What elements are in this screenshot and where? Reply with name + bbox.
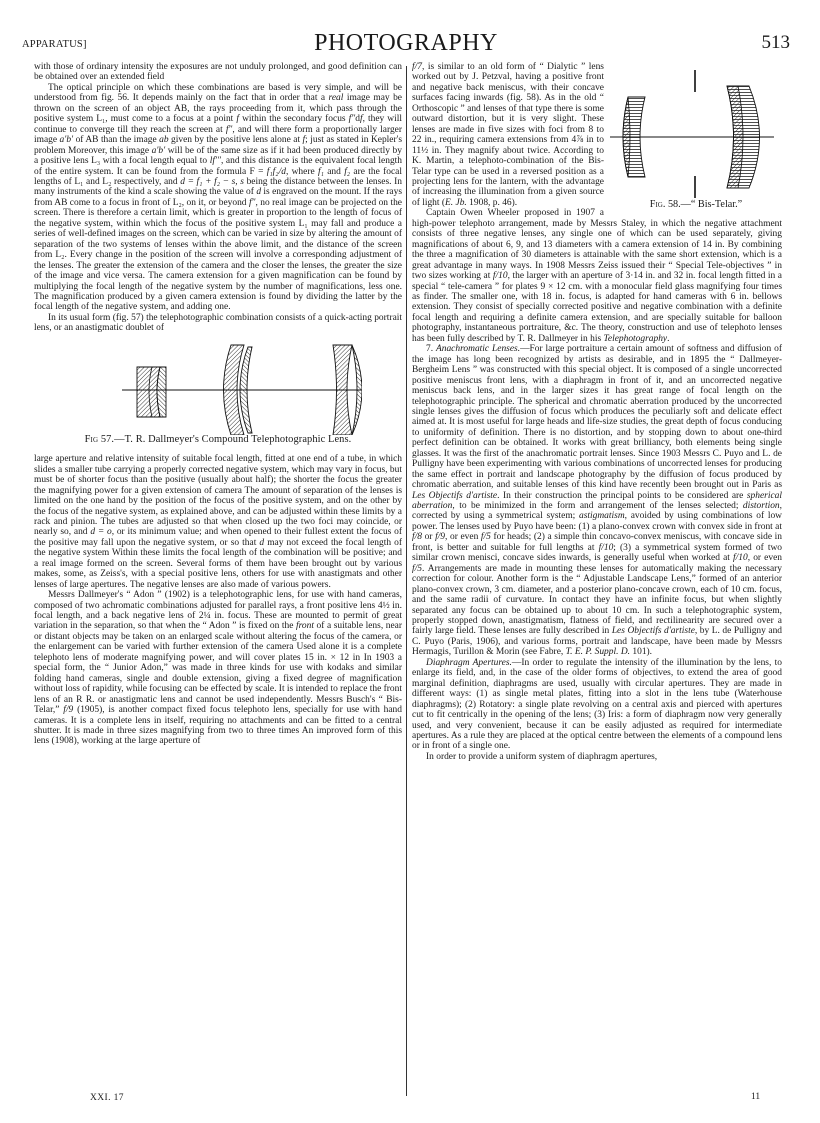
paragraph: In its usual form (fig. 57) the telephot…	[34, 313, 402, 334]
paragraph: with those of ordinary intensity the exp…	[34, 62, 402, 83]
column-divider	[406, 66, 407, 1096]
left-column: with those of ordinary intensity the exp…	[34, 62, 402, 747]
page-number: 513	[762, 32, 791, 54]
section-heading: Diaphragm Apertures.	[426, 658, 512, 668]
figure-58-bis-telar: Fig. 58.—“ Bis-Telar.”	[610, 70, 782, 216]
section-diaphragm-apertures: Diaphragm Apertures.—In order to regulat…	[412, 658, 782, 752]
figure-57-compound-telephoto-lens	[34, 340, 402, 435]
paragraph: In order to provide a uniform system of …	[412, 752, 782, 762]
right-column: Fig. 58.—“ Bis-Telar.” f/7, is similar t…	[412, 62, 782, 762]
paragraph-optical-principle: The optical principle on which these com…	[34, 83, 402, 313]
paragraph: large aperture and relative intensity of…	[34, 454, 402, 590]
signature-mark: XXI. 17	[90, 1093, 124, 1103]
paragraph-adon: Messrs Dallmeyer's “ Adon ” (1902) is a …	[34, 590, 402, 747]
section-anachromatic-lenses: 7. Anachromatic Lenses.—For large portra…	[412, 344, 782, 658]
paragraph-wheeler: Captain Owen Wheeler proposed in 1907 a …	[412, 208, 782, 344]
bis-telar-diagram-icon	[610, 70, 782, 198]
figure-58-caption: Fig. 58.—“ Bis-Telar.”	[610, 200, 782, 210]
running-header: APPARATUS] PHOTOGRAPHY 513	[22, 34, 790, 54]
figure-57-caption: Fig 57.—T. R. Dallmeyer's Compound Telep…	[34, 435, 402, 445]
section-heading: Anachromatic Lenses.	[436, 344, 520, 354]
sheet-number: 11	[751, 1092, 760, 1102]
page-title: PHOTOGRAPHY	[22, 30, 790, 57]
lens-diagram-icon	[82, 340, 362, 435]
